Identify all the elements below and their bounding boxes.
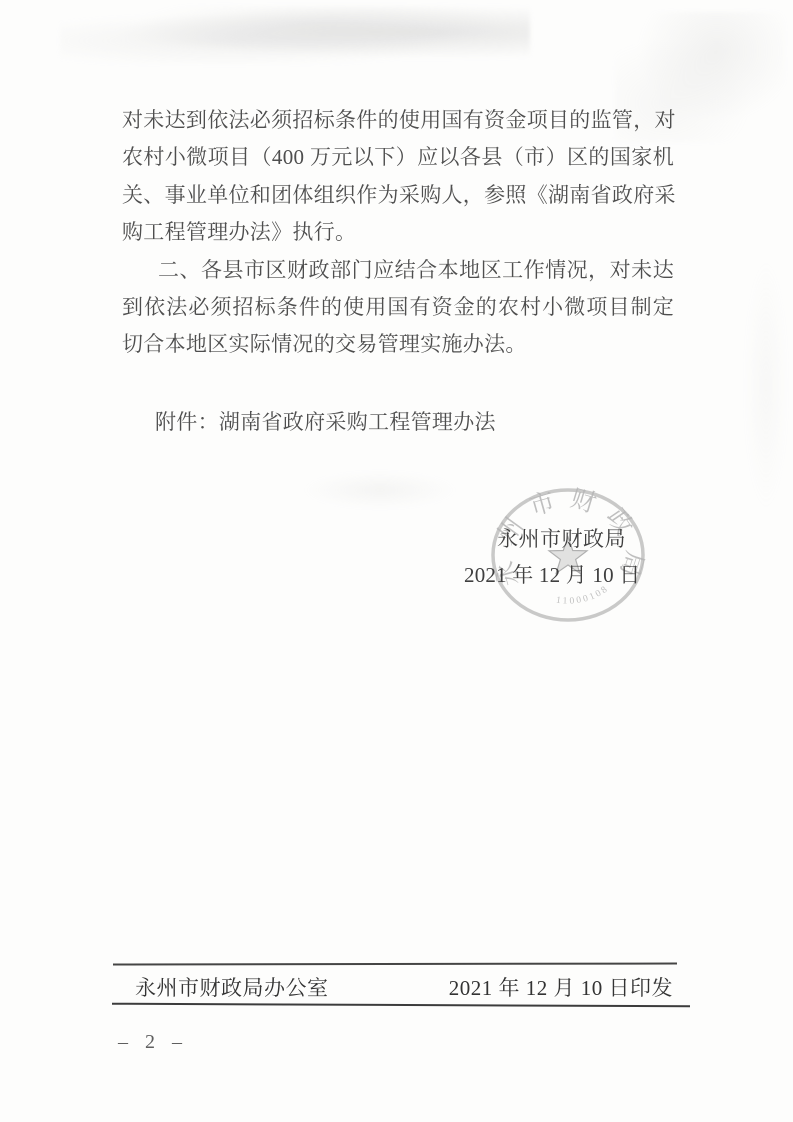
signature-issuer: 永州市财政局 (497, 527, 626, 552)
text-line: 到依法必须招标条件的使用国有资金的农村小微项目制定 (122, 289, 674, 326)
text-line: 对未达到依法必须招标条件的使用国有资金项目的监管，对 (122, 102, 674, 139)
text-line: 购工程管理办法》执行。 (122, 214, 674, 251)
footer-office: 永州市财政局办公室 (113, 972, 329, 1002)
scan-noise (290, 468, 470, 512)
text-line: 切合本地区实际情况的交易管理实施办法。 (122, 326, 674, 363)
footer-print-date: 2021 年 12 月 10 日印发 (449, 972, 677, 1002)
page-number: – 2 – (118, 1031, 188, 1054)
footer: 永州市财政局办公室 2021 年 12 月 10 日印发 (113, 972, 677, 1002)
body-text: 对未达到依法必须招标条件的使用国有资金项目的监管，对 农村小微项目（400 万元… (122, 102, 674, 441)
signature-date: 2021 年 12 月 10 日 (464, 563, 640, 588)
paragraph-1: 对未达到依法必须招标条件的使用国有资金项目的监管，对 农村小微项目（400 万元… (122, 102, 674, 252)
paragraph-2: 二、各县市区财政部门应结合本地区工作情况，对未达 到依法必须招标条件的使用国有资… (122, 252, 674, 364)
document-page: 对未达到依法必须招标条件的使用国有资金项目的监管，对 农村小微项目（400 万元… (0, 0, 793, 1122)
scan-noise (742, 250, 790, 520)
text-line: 二、各县市区财政部门应结合本地区工作情况，对未达 (122, 252, 674, 289)
attachment-line: 附件：湖南省政府采购工程管理办法 (122, 404, 674, 441)
footer-bottom-rule (112, 1003, 690, 1008)
text-line: 关、事业单位和团体组织作为采购人，参照《湖南省政府采 (122, 177, 674, 214)
official-seal: 永州市财政局 11000108 (487, 486, 649, 626)
footer-top-rule (113, 963, 677, 966)
text-line: 农村小微项目（400 万元以下）应以各县（市）区的国家机 (122, 139, 674, 176)
scan-noise (60, 6, 530, 64)
